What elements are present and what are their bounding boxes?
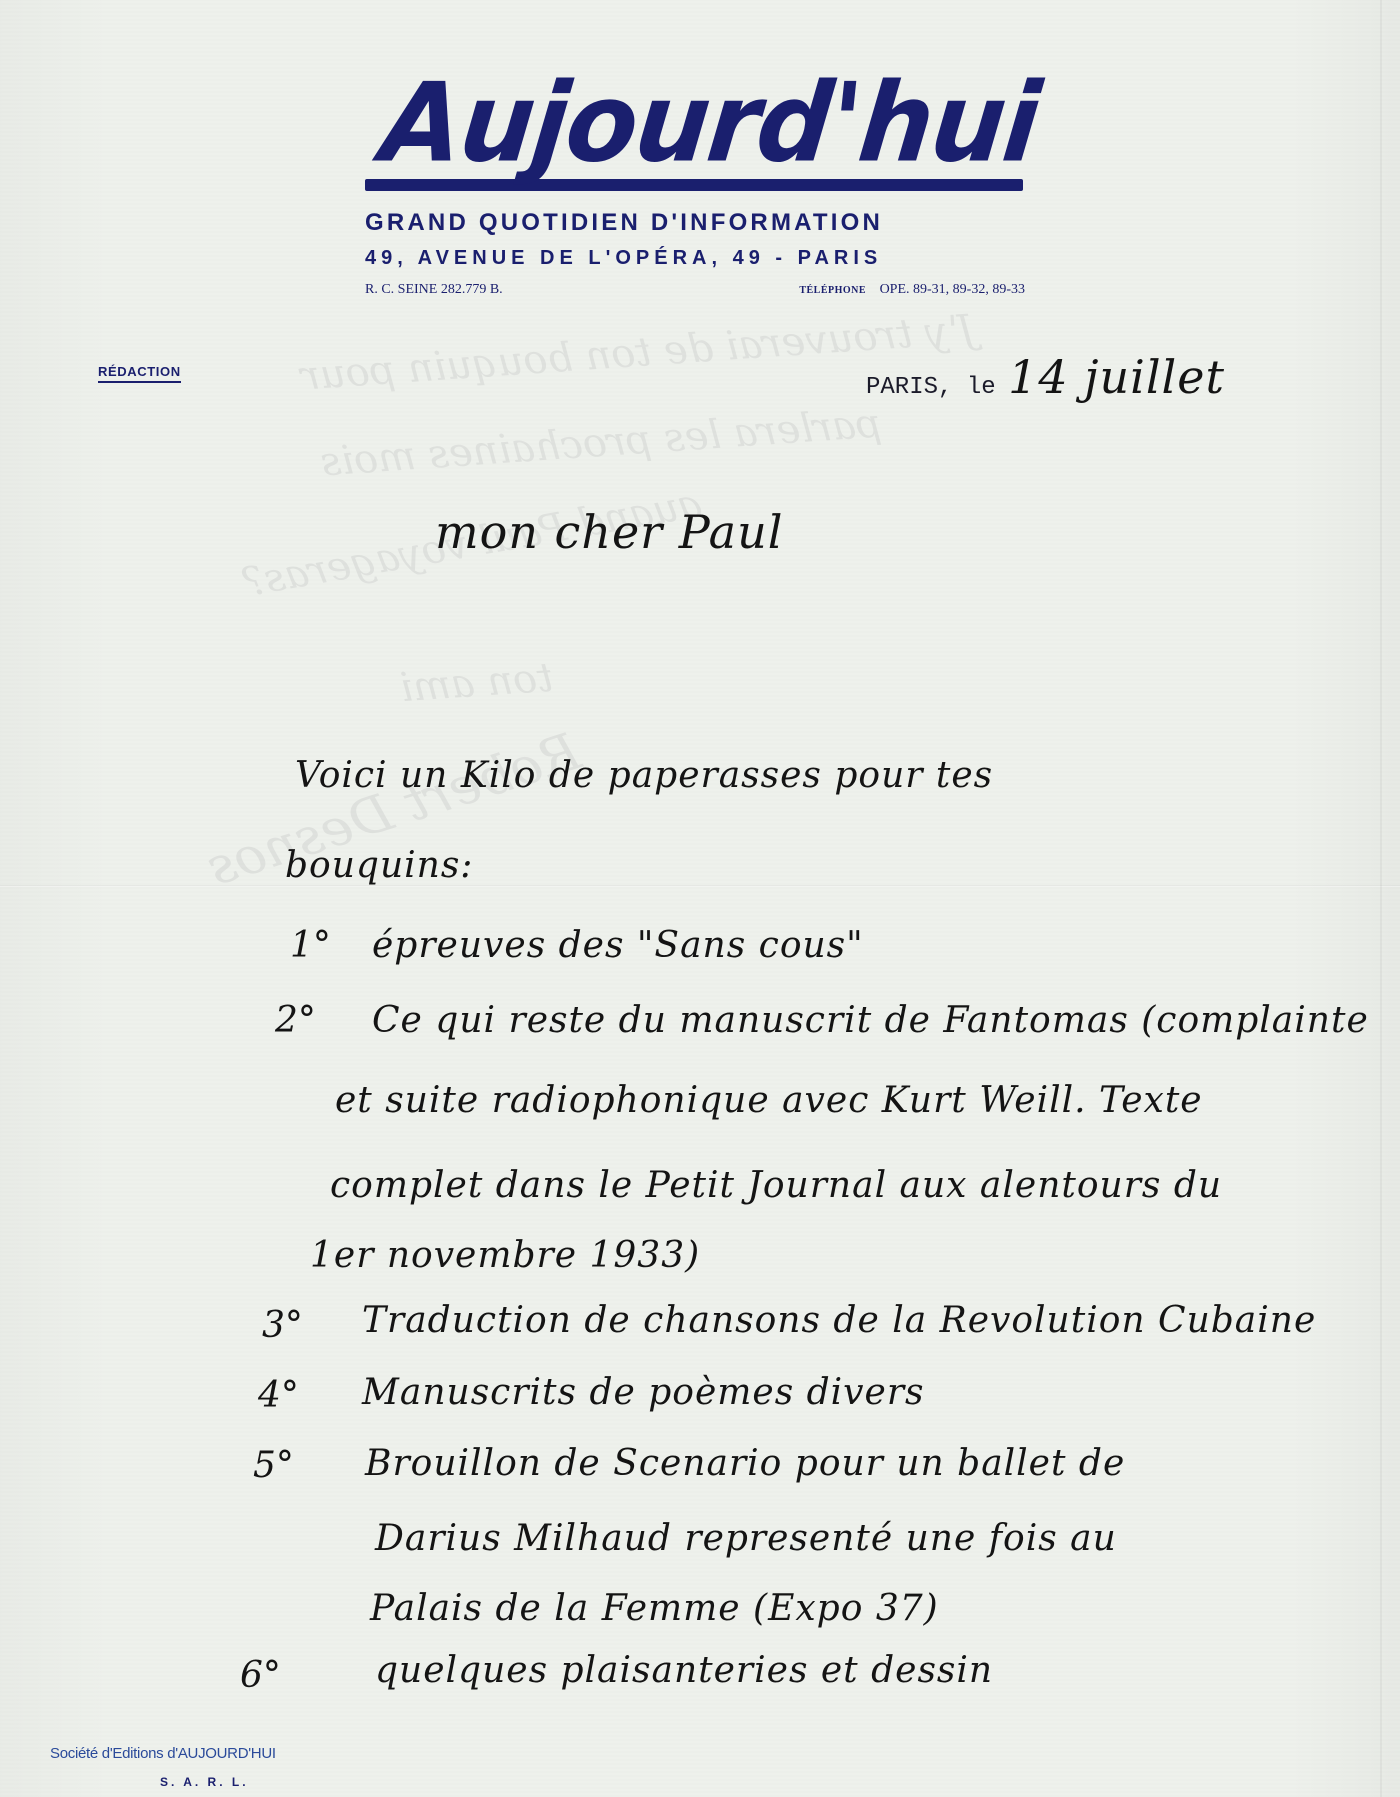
item-number: 5°: [253, 1445, 294, 1486]
letter-intro-line: Voici un Kilo de paperasses pour tes: [295, 755, 993, 796]
paper-fold-horizontal: [0, 885, 1400, 887]
item-number: 3°: [262, 1305, 303, 1346]
list-item-line: quelques plaisanteries et dessin: [375, 1650, 993, 1691]
item-number: 2°: [275, 1000, 316, 1041]
list-item-line: Darius Milhaud representé une fois au: [375, 1518, 1117, 1559]
telephone-label: TÉLÉPHONE: [799, 285, 866, 296]
list-item-line: 1er novembre 1933): [310, 1235, 700, 1276]
letter-intro-line: bouquins:: [285, 845, 473, 886]
item-number: 4°: [258, 1375, 299, 1416]
paper-fold-vertical: [1380, 0, 1382, 1797]
telephone-numbers: OPE. 89-31, 89-32, 89-33: [880, 282, 1025, 297]
show-through-line: parlera les prochaines mois: [319, 400, 883, 485]
letterhead: Aujourd'hui GRAND QUOTIDIEN D'INFORMATIO…: [365, 75, 1045, 298]
footer-company-name: Société d'Editions d'AUJOURD'HUI: [50, 1745, 276, 1762]
registration-number: R. C. SEINE 282.779 B.: [365, 282, 503, 298]
dateline: PARIS, le 14 juillet: [866, 350, 1225, 404]
dateline-typed: PARIS, le: [866, 374, 996, 401]
list-item-line: épreuves des "Sans cous": [372, 925, 864, 966]
letter-greeting: mon cher Paul: [435, 505, 783, 559]
item-number: 6°: [240, 1655, 281, 1696]
newspaper-logo: Aujourd'hui: [377, 70, 1056, 175]
list-item-line: Palais de la Femme (Expo 37): [370, 1588, 939, 1629]
letterhead-address: 49, AVENUE DE L'OPÉRA, 49 - PARIS: [365, 247, 1045, 270]
letterhead-tagline: GRAND QUOTIDIEN D'INFORMATION: [365, 209, 1045, 237]
list-item-line: Ce qui reste du manuscrit de Fantomas (c…: [372, 1000, 1369, 1041]
list-item-line: Brouillon de Scenario pour un ballet de: [365, 1443, 1125, 1484]
list-item-line: Manuscrits de poèmes divers: [362, 1372, 925, 1413]
show-through-line: ton ami: [399, 655, 555, 712]
letterhead-contact-row: R. C. SEINE 282.779 B. TÉLÉPHONE OPE. 89…: [365, 282, 1025, 298]
item-number: 1°: [290, 925, 331, 966]
list-item-line: et suite radiophonique avec Kurt Weill. …: [335, 1080, 1203, 1121]
department-label: RÉDACTION: [98, 364, 181, 383]
telephone-block: TÉLÉPHONE OPE. 89-31, 89-32, 89-33: [799, 282, 1025, 298]
list-item-line: Traduction de chansons de la Revolution …: [362, 1300, 1316, 1341]
footer-legal-form: S. A. R. L.: [160, 1775, 249, 1789]
list-item-line: complet dans le Petit Journal aux alento…: [330, 1165, 1222, 1206]
dateline-handwritten: 14 juillet: [1008, 350, 1225, 404]
